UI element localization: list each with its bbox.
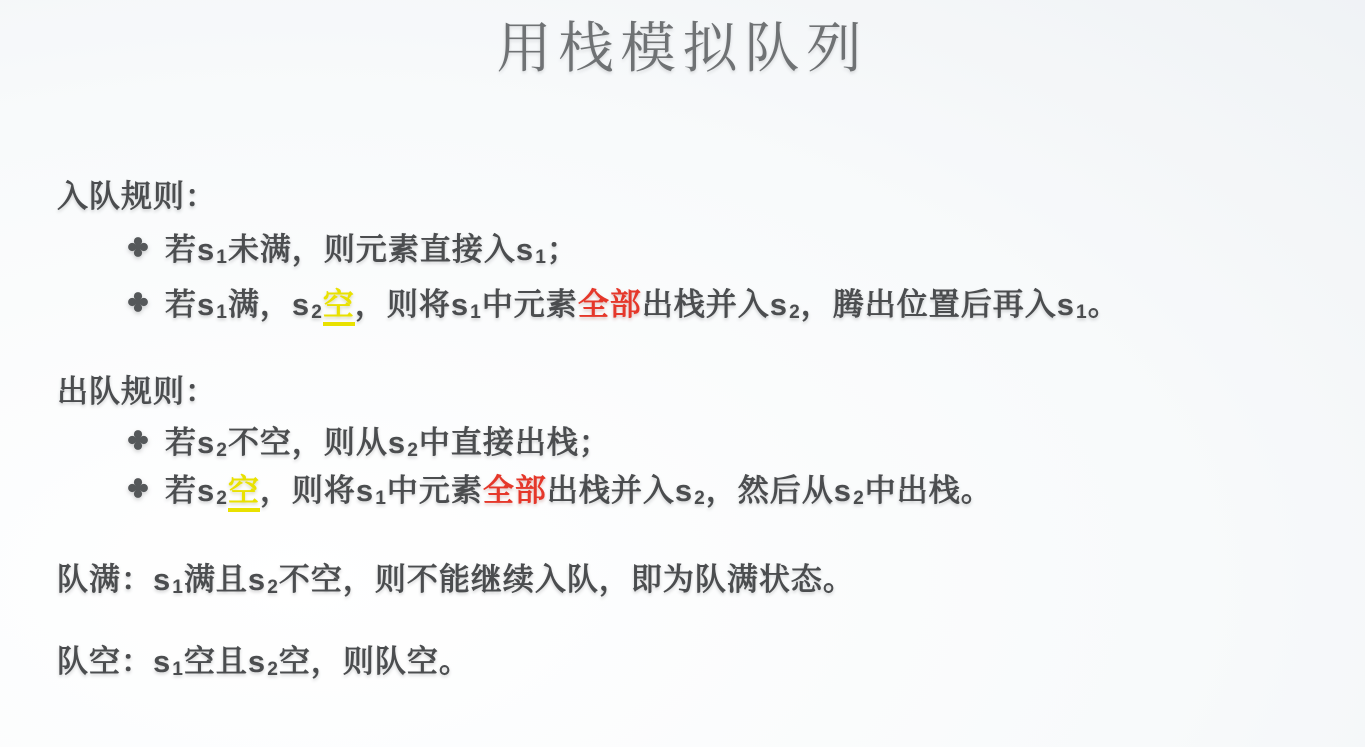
clover-bullet-icon xyxy=(128,430,148,450)
subscript: 2 xyxy=(407,440,418,461)
dequeue-rule-1: 若s2不空，则从s2中直接出栈； xyxy=(128,417,611,462)
enqueue-heading: 入队规则： xyxy=(57,171,217,216)
subscript: 2 xyxy=(216,488,227,509)
subscript: 1 xyxy=(172,659,183,680)
text-segment: 若s xyxy=(165,232,215,267)
text-segment: 未满，则元素直接入s xyxy=(228,232,534,267)
subscript: 1 xyxy=(535,247,546,268)
text-segment: s xyxy=(153,644,171,679)
subscript: 2 xyxy=(311,302,322,323)
enqueue-rule-1: 若s1未满，则元素直接入s1； xyxy=(128,224,579,269)
subscript: 2 xyxy=(267,577,278,598)
subscript: 2 xyxy=(853,488,864,509)
text-segment: ，腾出位置后再入s xyxy=(801,287,1075,322)
queue-full-label: 队满： xyxy=(57,562,153,597)
text-segment: 中出栈。 xyxy=(865,473,993,508)
text-segment: 满且s xyxy=(184,562,266,597)
dequeue-rule-2: 若s2空，则将s1中元素全部出栈并入s2，然后从s2中出栈。 xyxy=(128,465,993,510)
text-segment: 中元素 xyxy=(387,473,483,508)
subscript: 1 xyxy=(216,302,227,323)
highlight-red-all: 全部 xyxy=(578,287,642,322)
enqueue-rule-2: 若s1满，s2空，则将s1中元素全部出栈并入s2，腾出位置后再入s1。 xyxy=(128,279,1120,324)
queue-empty-statement: 队空：s1空且s2空，则队空。 xyxy=(57,636,471,681)
enqueue-rule-2-text: 若s1满，s2空，则将s1中元素全部出栈并入s2，腾出位置后再入s1。 xyxy=(165,279,1120,324)
subscript: 1 xyxy=(470,302,481,323)
text-segment: 中元素 xyxy=(482,287,578,322)
subscript: 1 xyxy=(1076,302,1087,323)
queue-full-statement: 队满：s1满且s2不空，则不能继续入队，即为队满状态。 xyxy=(57,554,855,599)
clover-bullet-icon xyxy=(128,292,148,312)
clover-bullet-icon xyxy=(128,478,148,498)
highlight-yellow-empty: 空 xyxy=(323,287,355,326)
text-segment: 满，s xyxy=(228,287,310,322)
text-segment: 若s xyxy=(165,473,215,508)
subscript: 2 xyxy=(216,440,227,461)
queue-empty-label: 队空： xyxy=(57,644,153,679)
text-segment: 不空，则从s xyxy=(228,425,406,460)
subscript: 2 xyxy=(267,659,278,680)
subscript: 1 xyxy=(216,247,227,268)
subscript: 2 xyxy=(789,302,800,323)
slide-title: 用栈模拟队列 xyxy=(0,4,1365,83)
text-segment: 不空，则不能继续入队，即为队满状态。 xyxy=(279,562,855,597)
dequeue-rule-2-text: 若s2空，则将s1中元素全部出栈并入s2，然后从s2中出栈。 xyxy=(165,465,993,510)
dequeue-heading: 出队规则： xyxy=(57,366,217,411)
subscript: 2 xyxy=(694,488,705,509)
text-segment: 。 xyxy=(1088,287,1120,322)
text-segment: ； xyxy=(547,232,579,267)
text-segment: 空，则队空。 xyxy=(279,644,471,679)
text-segment: 出栈并入s xyxy=(642,287,788,322)
text-segment: s xyxy=(153,562,171,597)
subscript: 1 xyxy=(172,577,183,598)
text-segment: 若s xyxy=(165,425,215,460)
highlight-yellow-empty: 空 xyxy=(228,473,260,512)
text-segment: 空且s xyxy=(184,644,266,679)
text-segment: 若s xyxy=(165,287,215,322)
text-segment: 出栈并入s xyxy=(547,473,693,508)
highlight-red-all: 全部 xyxy=(483,473,547,508)
clover-bullet-icon xyxy=(128,237,148,257)
text-segment: ，则将s xyxy=(260,473,374,508)
slide: 用栈模拟队列 入队规则： 若s1未满，则元素直接入s1； xyxy=(0,0,1365,747)
enqueue-rule-1-text: 若s1未满，则元素直接入s1； xyxy=(165,224,579,269)
text-segment: 中直接出栈； xyxy=(419,425,611,460)
subscript: 1 xyxy=(375,488,386,509)
text-segment: ，然后从s xyxy=(706,473,852,508)
dequeue-rule-1-text: 若s2不空，则从s2中直接出栈； xyxy=(165,417,611,462)
text-segment: ，则将s xyxy=(355,287,469,322)
